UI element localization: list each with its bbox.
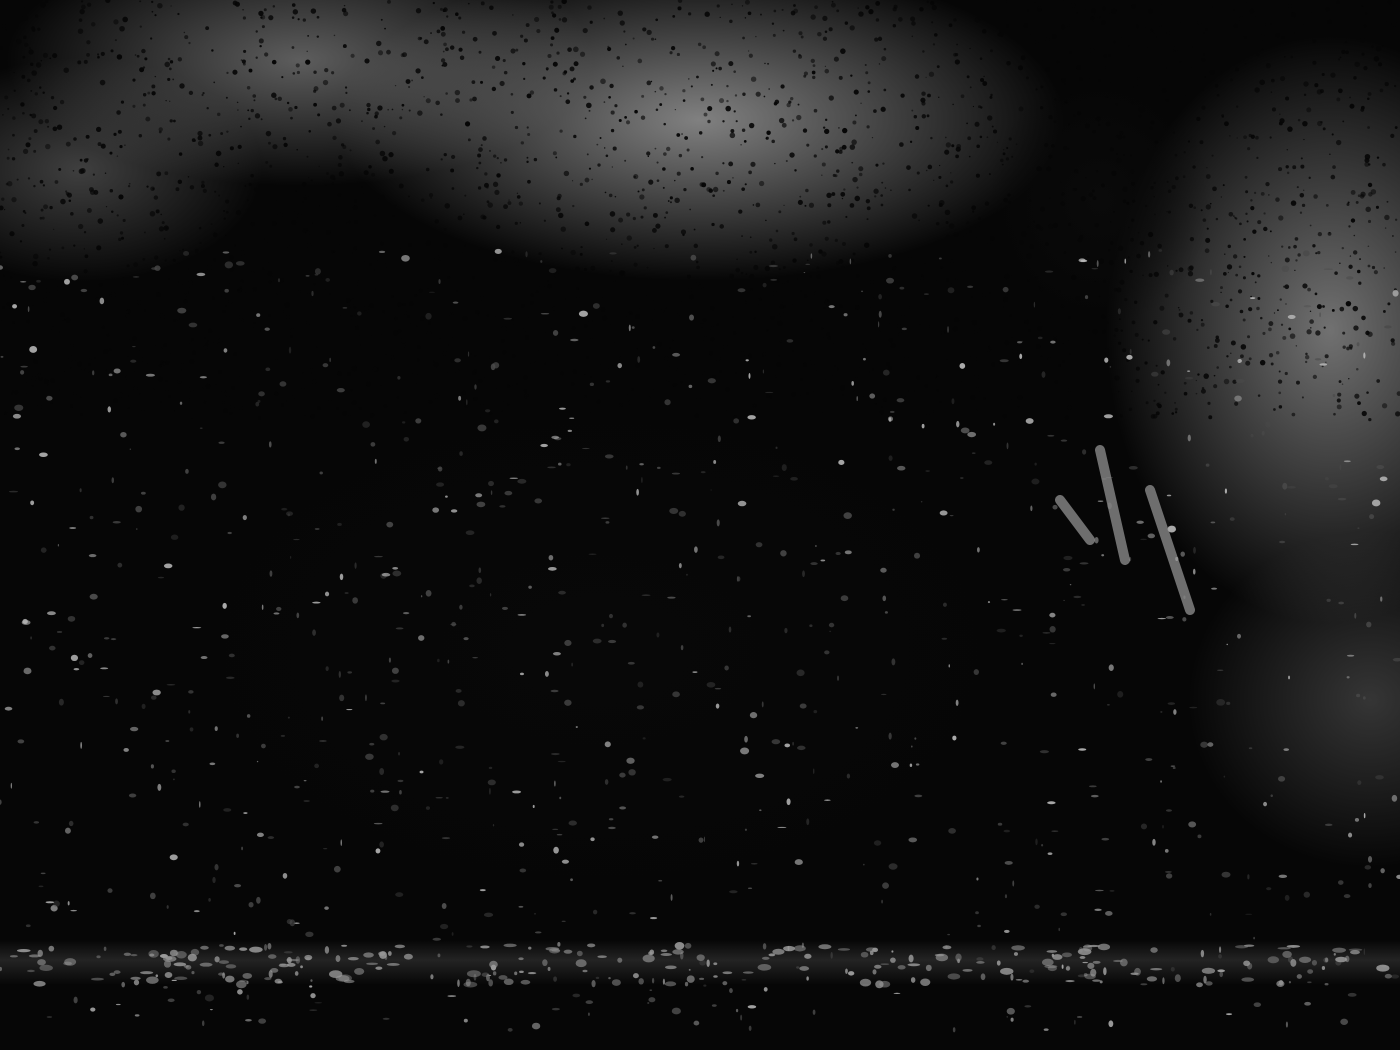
speckle-layer	[0, 0, 1400, 1050]
grunge-texture	[0, 0, 1400, 1050]
